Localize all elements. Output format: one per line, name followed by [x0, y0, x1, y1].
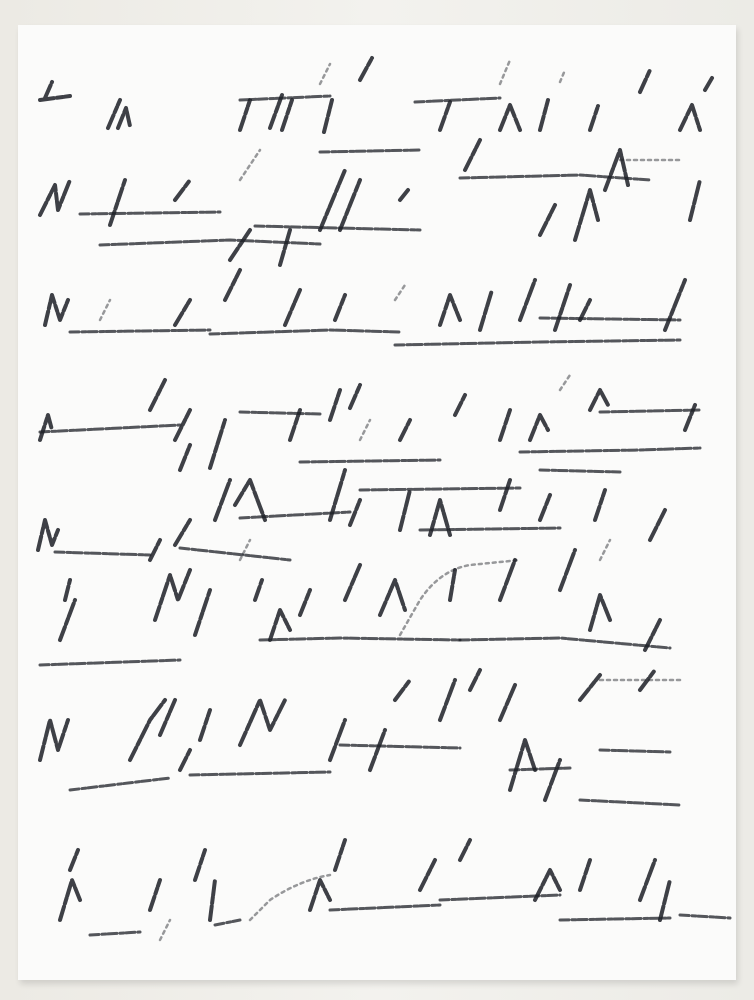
mark-row-1 [40, 58, 712, 132]
mark-row-8 [60, 840, 730, 940]
mark-row-3 [45, 270, 685, 345]
mark-row-7 [40, 670, 680, 805]
mark-row-6 [40, 550, 670, 665]
mark-row-2 [40, 140, 700, 265]
mark-row-4 [40, 375, 700, 470]
mark-row-5 [38, 470, 665, 560]
gestural-marks [0, 0, 754, 1000]
